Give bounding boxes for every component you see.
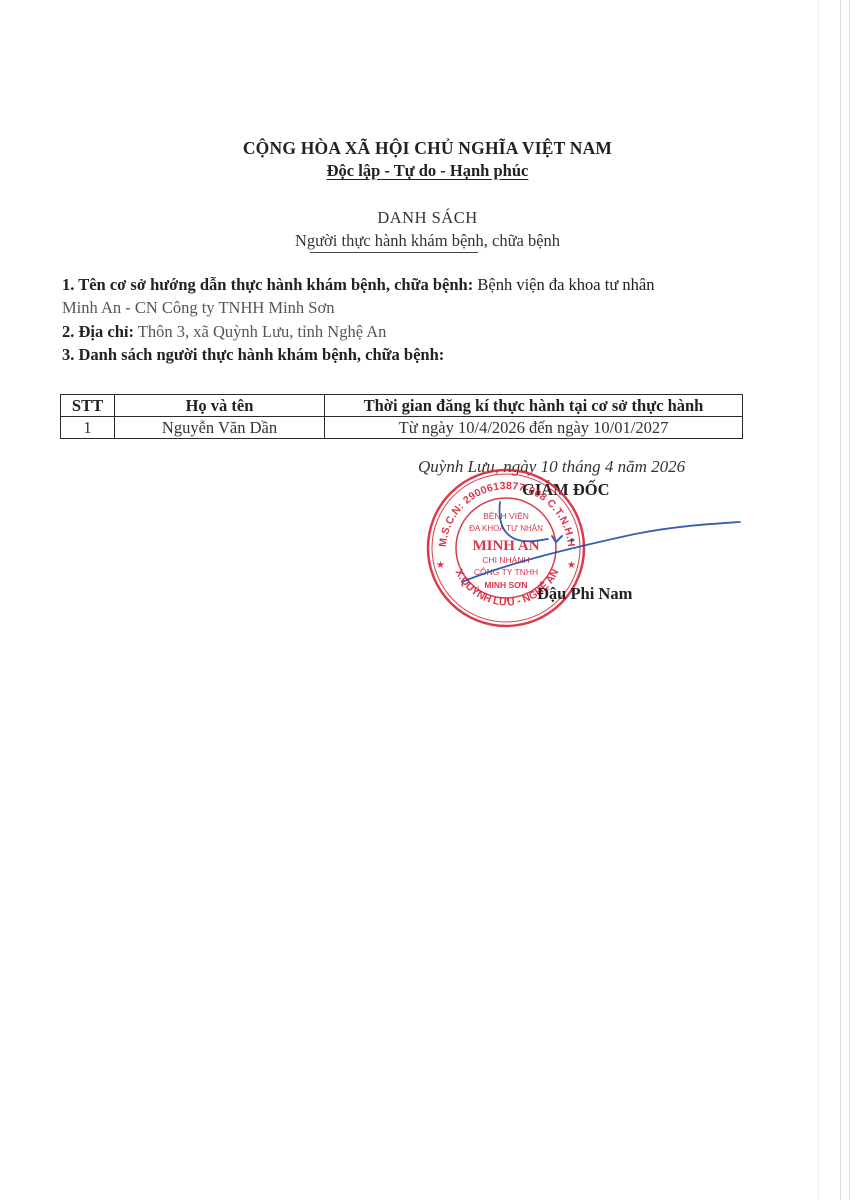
list-heading-label: 3. Danh sách người thực hành khám bệnh, … (62, 345, 444, 364)
header-period: Thời gian đăng kí thực hành tại cơ sở th… (325, 395, 743, 417)
facility-name-value: Bệnh viện đa khoa tư nhân (477, 275, 654, 294)
facility-name-paragraph: 1. Tên cơ sở hướng dẫn thực hành khám bệ… (62, 273, 802, 319)
cell-period: Từ ngày 10/4/2026 đến ngày 10/01/2027 (325, 417, 743, 439)
national-motto: Độc lập - Tự do - Hạnh phúc (0, 161, 855, 181)
table-row: 1 Nguyễn Văn Dần Từ ngày 10/4/2026 đến n… (61, 417, 743, 439)
facility-name-value-cont: Minh An - CN Công ty TNHH Minh Sơn (62, 298, 334, 317)
address-value: Thôn 3, xã Quỳnh Lưu, tỉnh Nghệ An (138, 322, 387, 341)
table-header-row: STT Họ và tên Thời gian đăng kí thực hàn… (61, 395, 743, 417)
facility-name-label: 1. Tên cơ sở hướng dẫn thực hành khám bệ… (62, 275, 473, 294)
signer-name: Đậu Phi Nam (537, 584, 632, 604)
header-stt: STT (61, 395, 115, 417)
list-heading: 3. Danh sách người thực hành khám bệnh, … (62, 343, 802, 366)
document-title: DANH SÁCH (0, 208, 855, 228)
national-title: CỘNG HÒA XÃ HỘI CHỦ NGHĨA VIỆT NAM (0, 138, 855, 159)
address-paragraph: 2. Địa chỉ: Thôn 3, xã Quỳnh Lưu, tỉnh N… (62, 320, 802, 343)
address-label: 2. Địa chỉ: (62, 322, 134, 341)
cell-name: Nguyễn Văn Dần (115, 417, 325, 439)
practitioner-table: STT Họ và tên Thời gian đăng kí thực hàn… (60, 394, 743, 439)
subtitle-underline (310, 252, 478, 253)
cell-stt: 1 (61, 417, 115, 439)
header-name: Họ và tên (115, 395, 325, 417)
document-subtitle: Người thực hành khám bệnh, chữa bệnh (0, 231, 855, 251)
